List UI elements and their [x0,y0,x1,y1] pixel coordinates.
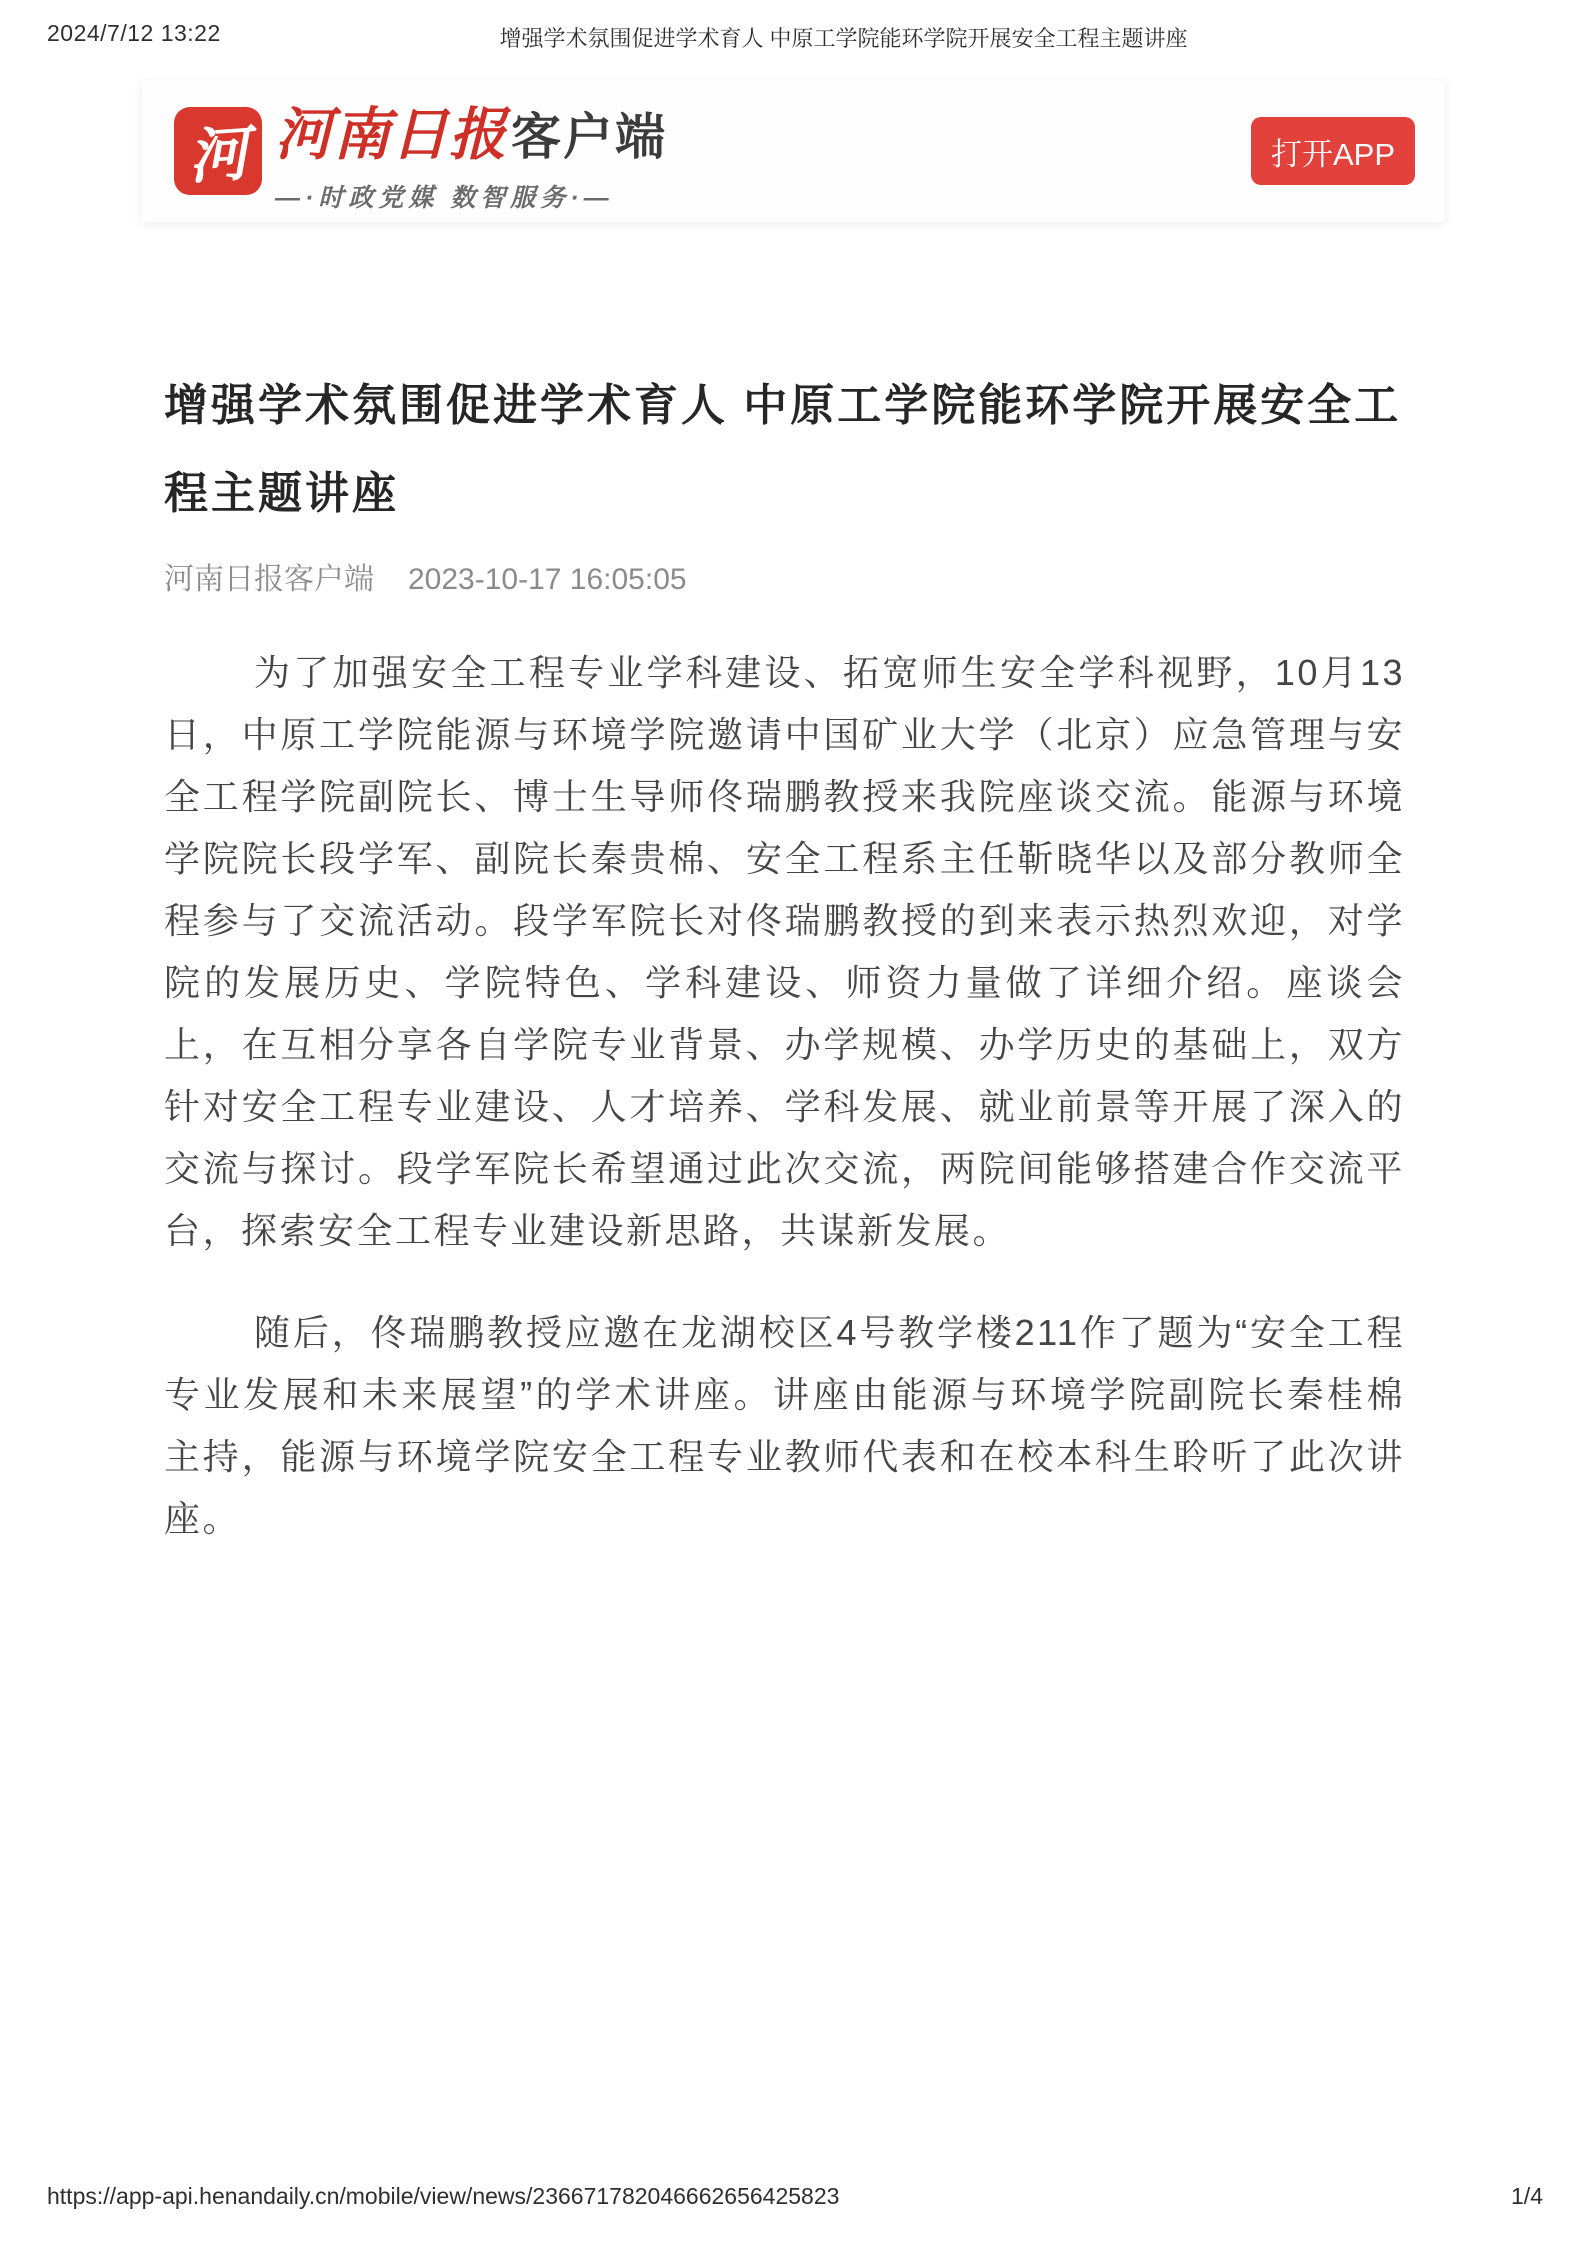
brand-name: 河南日报 [275,89,507,171]
page-indicator: 1/4 [1511,2183,1543,2210]
brand-line: 河南日报 客户端 [275,89,667,171]
article-source: 河南日报客户端 [164,554,374,598]
print-url: https://app-api.henandaily.cn/mobile/vie… [47,2183,839,2210]
article-paragraph-2: 随后，佟瑞鹏教授应邀在龙湖校区4号教学楼211作了题为“安全工程专业发展和未来展… [164,1302,1405,1550]
article-body: 为了加强安全工程专业学科建设、拓宽师生安全学科视野，10月13日，中原工学院能源… [164,642,1405,1550]
print-footer: https://app-api.henandaily.cn/mobile/vie… [47,2183,1543,2210]
masthead: 河 河南日报 客户端 —·时政党媒 数智服务·— 打开APP [142,80,1445,222]
article-published-time: 2023-10-17 16:05:05 [408,563,687,597]
henan-daily-logo-icon: 河 [174,107,262,195]
brand-suffix: 客户端 [511,97,667,169]
printed-page: 2024/7/12 13:22 增强学术氛围促进学术育人 中原工学院能环学院开展… [0,0,1587,2246]
logo-character: 河 [185,106,251,196]
brand-tagline: —·时政党媒 数智服务·— [275,178,667,214]
print-timestamp: 2024/7/12 13:22 [47,20,221,47]
article-title: 增强学术氛围促进学术育人 中原工学院能环学院开展安全工程主题讲座 [164,362,1405,538]
brand-text: 河南日报 客户端 —·时政党媒 数智服务·— [275,89,667,214]
open-app-button[interactable]: 打开APP [1251,117,1415,185]
print-doc-title: 增强学术氛围促进学术育人 中原工学院能环学院开展安全工程主题讲座 [200,22,1487,53]
article-byline: 河南日报客户端 2023-10-17 16:05:05 [164,554,1405,598]
article: 增强学术氛围促进学术育人 中原工学院能环学院开展安全工程主题讲座 河南日报客户端… [164,362,1405,1550]
article-paragraph-1: 为了加强安全工程专业学科建设、拓宽师生安全学科视野，10月13日，中原工学院能源… [164,642,1405,1262]
